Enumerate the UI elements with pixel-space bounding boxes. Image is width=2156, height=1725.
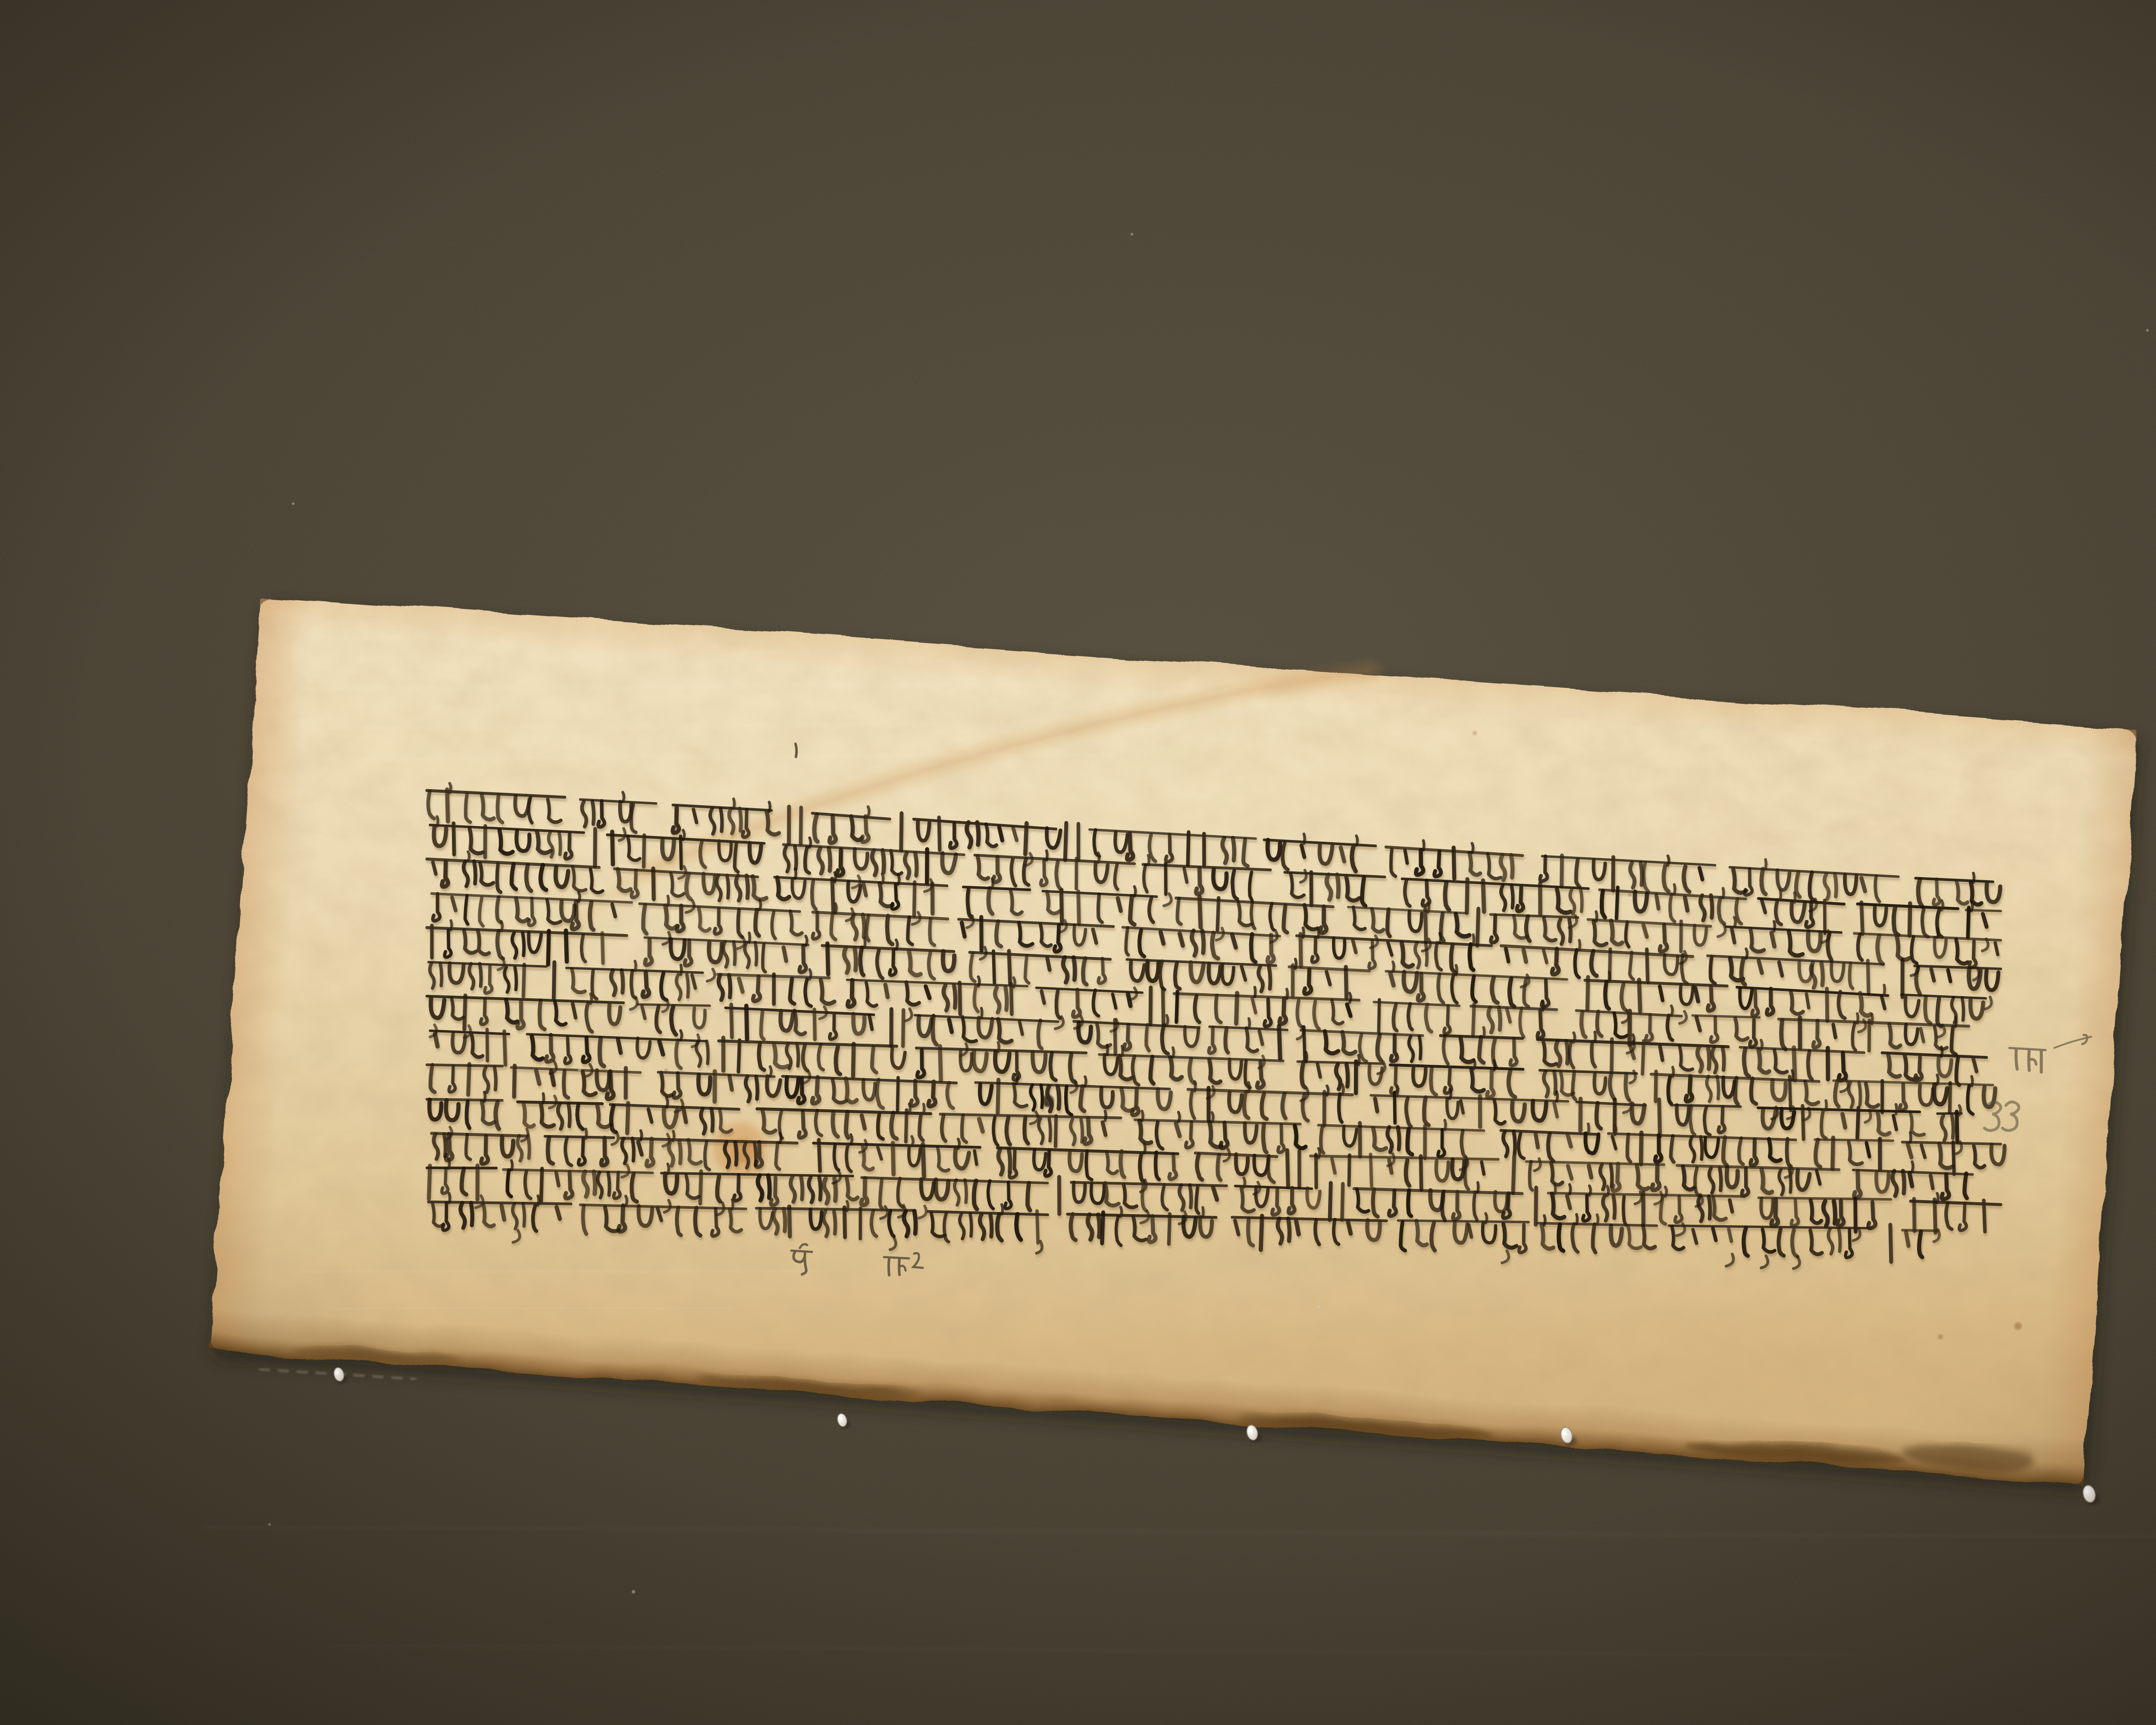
manuscript-photo: [0, 0, 2156, 1725]
photo-canvas: [0, 0, 2156, 1725]
photo-vignette: [0, 0, 2156, 1725]
